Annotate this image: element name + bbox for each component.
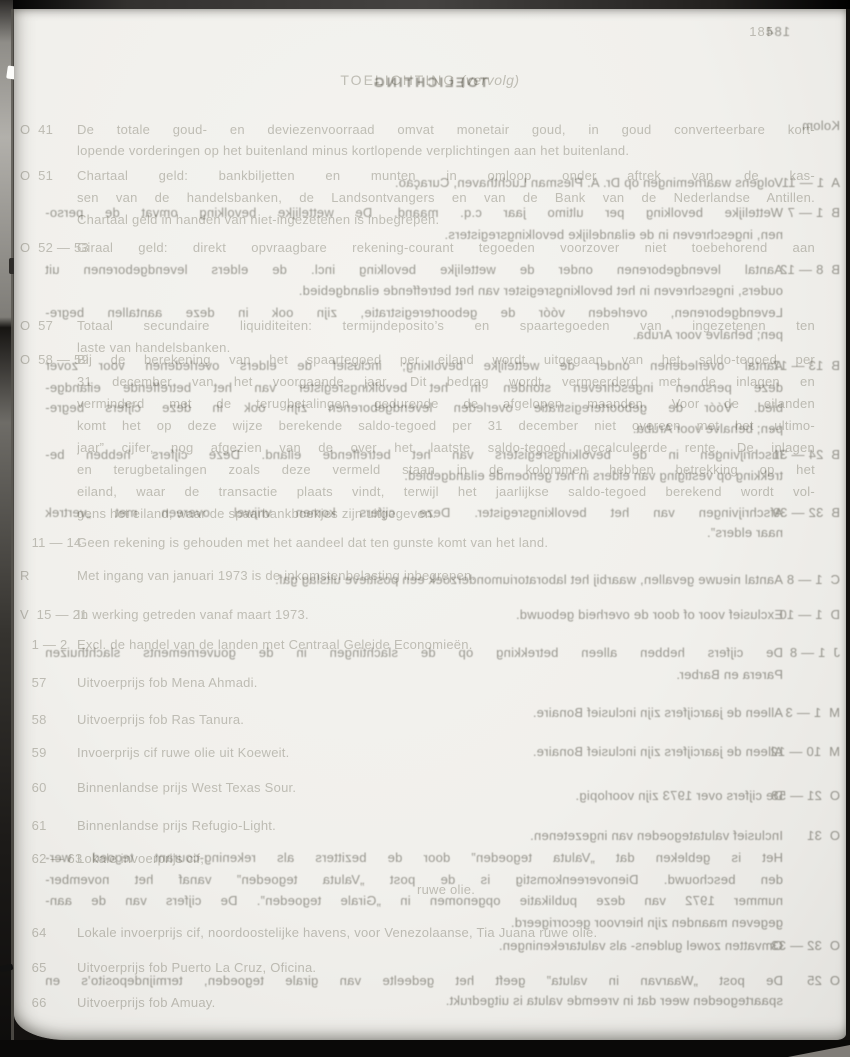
bleed-text-line: naar elders”.: [707, 524, 783, 541]
bleed-text-line: pen; behalve voor Aruba.: [632, 420, 783, 437]
bleed-text-line: De cijfers over 1973 zijn voorlopig.: [575, 787, 783, 804]
bleed-text-line: De cijfers hebben alleen betrekking op d…: [45, 644, 783, 661]
bleed-text-line: Omvatten zowel guldens- als valutarekeni…: [499, 937, 783, 954]
bleed-text-line: Exclusief voor of door de overheid gebou…: [516, 606, 783, 623]
bleed-text-line: Het is gebleken dat „Valuta tegoeden” do…: [45, 849, 783, 866]
bleed-text-line: Inclusief valutategoeden van ingezetenen…: [530, 827, 783, 844]
bleed-text-line: nummer 1972 van deze publikatie opgenome…: [45, 892, 783, 909]
bleed-text-line: Alleen de jaarcijfers zijn inclusief Bon…: [533, 743, 783, 760]
bleed-text-line: Parera en Barber.: [676, 666, 783, 683]
scanned-book-page: { "colors":{ "surround":"#141210", "page…: [0, 0, 850, 1057]
bleed-text-line: Volgens waarnemingen op Dr. A. Plesman L…: [395, 174, 783, 191]
bleed-text-line: pen; behalve voor Aruba.: [632, 326, 783, 343]
scan-bottom-band: [0, 1040, 850, 1057]
bleed-text-line: Aantal nieuwe gevallen, waarbij het labo…: [275, 571, 783, 588]
bleed-text-line: den beschouwd. Dienovereenkomstig is de …: [45, 871, 783, 888]
scan-top-band: [0, 0, 850, 9]
bleed-text-line: spaartegoeden weer dat in vreemde valuta…: [446, 992, 784, 1009]
bleed-text-line: Levendgeborenen, overleden vóór de geboo…: [45, 304, 783, 321]
bleed-text-line: ouders, ingeschreven in het bevolkingsre…: [299, 282, 783, 299]
bleed-text-line: Inschrijvingen in de bevolkingsregisters…: [45, 446, 783, 463]
bleed-text-line: Wettelijke bevolking per ultimo jaar c.q…: [45, 204, 783, 221]
bleed-text-line: deze personen ingeschreven stonden in he…: [45, 379, 783, 396]
bleed-text-line: Kolom: [802, 117, 840, 134]
bleed-text-line: bied. Vóór de geboorteregistratie overle…: [45, 399, 783, 416]
bleed-page-number: 184: [750, 24, 790, 39]
bleed-text-line: gegeven maanden zijn hiervoor gecorrigee…: [511, 914, 783, 931]
page: 185 TOELICHTING (vervolg) O 41De totale …: [14, 9, 846, 1040]
bleed-page-title: TOELICHTING: [14, 74, 846, 90]
bleed-text-line: Afschrijvingen van het bevolkingsregiste…: [45, 504, 783, 521]
bleed-text-line: trekking op vestiging van elders in het …: [404, 467, 783, 484]
bleed-text-line: nen, ingeschreven in de eilandelijke bev…: [444, 226, 783, 243]
bleed-text-line: Alleen de jaarcijfers zijn inclusief Bon…: [533, 704, 783, 721]
bleed-text-line: De post „Waarvan in valuta” geeft het ge…: [45, 972, 783, 989]
bleed-text-line: Aantal levendgeborenen onder de wettelij…: [45, 261, 783, 278]
bleed-text-line: Aantal overledenen onder de wettelijke b…: [45, 357, 783, 374]
bleed-through-text-layer: 184 TOELICHTING KolomA 1 — 11Volgens waa…: [14, 9, 846, 1040]
